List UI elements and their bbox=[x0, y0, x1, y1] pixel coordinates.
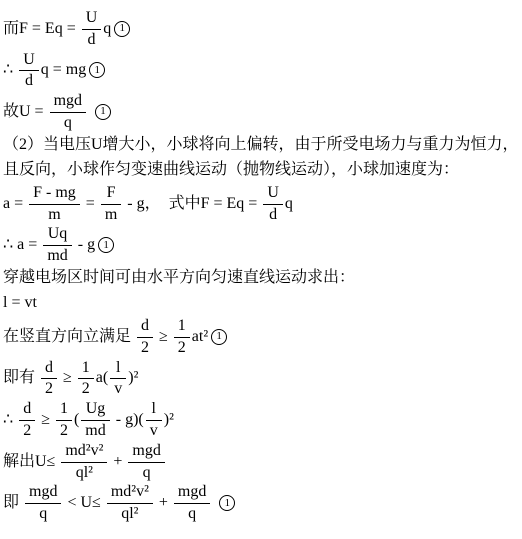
text-run: 在竖直方向立满足 bbox=[3, 327, 135, 347]
fraction: Fm bbox=[101, 184, 121, 224]
text-run: 故U = bbox=[3, 102, 48, 122]
fraction-numerator: d bbox=[19, 400, 35, 421]
fraction-denominator: q bbox=[174, 504, 210, 523]
fraction-numerator: Ug bbox=[81, 400, 109, 421]
text-run: at² bbox=[192, 327, 208, 347]
fraction: mgdq bbox=[174, 483, 210, 523]
fraction-denominator: 2 bbox=[78, 379, 94, 398]
fraction-numerator: l bbox=[146, 400, 162, 421]
fraction: Ugmd bbox=[81, 400, 109, 440]
eq-l-vt: l = vt bbox=[3, 292, 518, 315]
fraction: Ud bbox=[82, 9, 102, 49]
eq-substitute-accel: ∴ d2 ≥ 12(Ugmd - g)(lv)² bbox=[3, 400, 518, 440]
text-run: - g， 式中F = Eq = bbox=[123, 194, 261, 214]
text-run: q bbox=[103, 19, 111, 39]
fraction-numerator: F - mg bbox=[29, 184, 80, 205]
fraction-denominator: 2 bbox=[56, 421, 72, 440]
fraction: Ud bbox=[19, 51, 39, 91]
fraction: mgdq bbox=[50, 92, 86, 132]
paragraph-horizontal-motion: 穿越电场区时间可由水平方向匀速直线运动求出： bbox=[3, 267, 518, 290]
fraction-numerator: d bbox=[137, 317, 153, 338]
fraction-numerator: md²v² bbox=[107, 483, 153, 504]
fraction-denominator: v bbox=[146, 421, 162, 440]
fraction: d2 bbox=[41, 359, 57, 399]
text-run: a = bbox=[3, 194, 27, 214]
circled-mark: 1 bbox=[114, 21, 130, 37]
text-run: l = vt bbox=[3, 293, 37, 313]
fraction-numerator: Uq bbox=[43, 225, 71, 246]
fraction-denominator: d bbox=[19, 71, 39, 90]
fraction-denominator: 2 bbox=[41, 379, 57, 398]
text-run: q bbox=[285, 194, 293, 214]
text-run: ∴ bbox=[3, 60, 17, 80]
eq-solve-u: 解出U≤ md²v²ql² + mgdq bbox=[3, 442, 518, 482]
fraction: mgdq bbox=[25, 483, 61, 523]
fraction-denominator: md bbox=[43, 246, 71, 265]
fraction-denominator: d bbox=[82, 30, 102, 49]
fraction-denominator: 2 bbox=[19, 421, 35, 440]
fraction: lv bbox=[110, 359, 126, 399]
fraction: 12 bbox=[78, 359, 94, 399]
fraction-numerator: U bbox=[263, 184, 283, 205]
text-run: 而F = Eq = bbox=[3, 19, 80, 39]
fraction-numerator: 1 bbox=[56, 400, 72, 421]
fraction-denominator: q bbox=[50, 113, 86, 132]
text-run: 即 bbox=[3, 493, 23, 513]
document-body: 而F = Eq = Udq1∴ Udq = mg1故U = mgdq 1（2）当… bbox=[3, 9, 518, 539]
fraction: Ud bbox=[263, 184, 283, 224]
text-run: 解出U≤ bbox=[3, 452, 59, 472]
text-run: ≥ bbox=[37, 410, 54, 430]
fraction: md²v²ql² bbox=[61, 442, 107, 482]
fraction: 12 bbox=[56, 400, 72, 440]
fraction-numerator: md²v² bbox=[61, 442, 107, 463]
fraction: lv bbox=[146, 400, 162, 440]
text-run: < U≤ bbox=[63, 493, 104, 513]
fraction-denominator: m bbox=[101, 205, 121, 224]
text-run bbox=[212, 493, 216, 513]
paragraph-part2-line1: （2）当电压U增大小，小球将向上偏转，由于所受电场力与重力为恒力， bbox=[3, 134, 518, 157]
fraction-numerator: mgd bbox=[128, 442, 164, 463]
fraction: d2 bbox=[19, 400, 35, 440]
eq-acceleration: a = F - mgm = Fm - g， 式中F = Eq = Udq bbox=[3, 184, 518, 224]
page: { "page": { "background": "#ffffff", "te… bbox=[0, 0, 522, 539]
circled-mark: 1 bbox=[211, 329, 227, 345]
fraction-denominator: ql² bbox=[107, 504, 153, 523]
fraction: F - mgm bbox=[29, 184, 80, 224]
fraction-numerator: mgd bbox=[174, 483, 210, 504]
eq-acceleration-result: ∴ a = Uqmd - g1 bbox=[3, 225, 518, 265]
fraction: Uqmd bbox=[43, 225, 71, 265]
fraction-numerator: mgd bbox=[25, 483, 61, 504]
fraction: 12 bbox=[174, 317, 190, 357]
circled-mark: 1 bbox=[95, 104, 111, 120]
text-run: )² bbox=[128, 368, 138, 388]
fraction: mgdq bbox=[128, 442, 164, 482]
fraction-numerator: d bbox=[41, 359, 57, 380]
fraction: md²v²ql² bbox=[107, 483, 153, 523]
text-run: （2）当电压U增大小，小球将向上偏转，由于所受电场力与重力为恒力， bbox=[3, 135, 519, 155]
text-run: ∴ a = bbox=[3, 235, 41, 255]
text-run: - g)( bbox=[112, 410, 144, 430]
fraction-denominator: q bbox=[25, 504, 61, 523]
circled-mark: 1 bbox=[219, 495, 235, 511]
fraction-denominator: 2 bbox=[137, 338, 153, 357]
eq-voltage-result: 故U = mgdq 1 bbox=[3, 92, 518, 132]
text-run: 即有 bbox=[3, 368, 39, 388]
fraction-denominator: md bbox=[81, 421, 109, 440]
text-run: q = mg bbox=[41, 60, 86, 80]
text-run: 穿越电场区时间可由水平方向匀速直线运动求出： bbox=[3, 268, 355, 288]
text-run: ≥ bbox=[155, 327, 172, 347]
fraction-denominator: ql² bbox=[61, 463, 107, 482]
fraction-numerator: l bbox=[110, 359, 126, 380]
fraction-denominator: m bbox=[29, 205, 80, 224]
paragraph-part2-line2: 且反向，小球作匀变速曲线运动（抛物线运动），小球加速度为： bbox=[3, 159, 518, 182]
eq-vertical-condition: 在竖直方向立满足 d2 ≥ 12at²1 bbox=[3, 317, 518, 357]
fraction: d2 bbox=[137, 317, 153, 357]
fraction-numerator: mgd bbox=[50, 92, 86, 113]
text-run: + bbox=[155, 493, 172, 513]
fraction-numerator: F bbox=[101, 184, 121, 205]
fraction-denominator: q bbox=[128, 463, 164, 482]
text-run: ( bbox=[74, 410, 79, 430]
fraction-numerator: U bbox=[82, 9, 102, 30]
text-run: a( bbox=[96, 368, 108, 388]
eq-force-balance: ∴ Udq = mg1 bbox=[3, 51, 518, 91]
text-run: ∴ bbox=[3, 410, 17, 430]
fraction-denominator: v bbox=[110, 379, 126, 398]
text-run: ≥ bbox=[59, 368, 76, 388]
circled-mark: 1 bbox=[89, 62, 105, 78]
text-run: + bbox=[109, 452, 126, 472]
eq-force-field: 而F = Eq = Udq1 bbox=[3, 9, 518, 49]
text-run bbox=[88, 102, 92, 122]
fraction-numerator: 1 bbox=[174, 317, 190, 338]
circled-mark: 1 bbox=[98, 237, 114, 253]
text-run: 且反向，小球作匀变速曲线运动（抛物线运动），小球加速度为： bbox=[3, 160, 459, 180]
text-run: - g bbox=[74, 235, 95, 255]
text-run: = bbox=[82, 194, 99, 214]
fraction-denominator: d bbox=[263, 205, 283, 224]
fraction-numerator: U bbox=[19, 51, 39, 72]
fraction-denominator: 2 bbox=[174, 338, 190, 357]
text-run: )² bbox=[164, 410, 174, 430]
fraction-numerator: 1 bbox=[78, 359, 94, 380]
eq-final-range: 即 mgdq < U≤ md²v²ql² + mgdq 1 bbox=[3, 483, 518, 523]
eq-substitute-time: 即有 d2 ≥ 12a(lv)² bbox=[3, 359, 518, 399]
